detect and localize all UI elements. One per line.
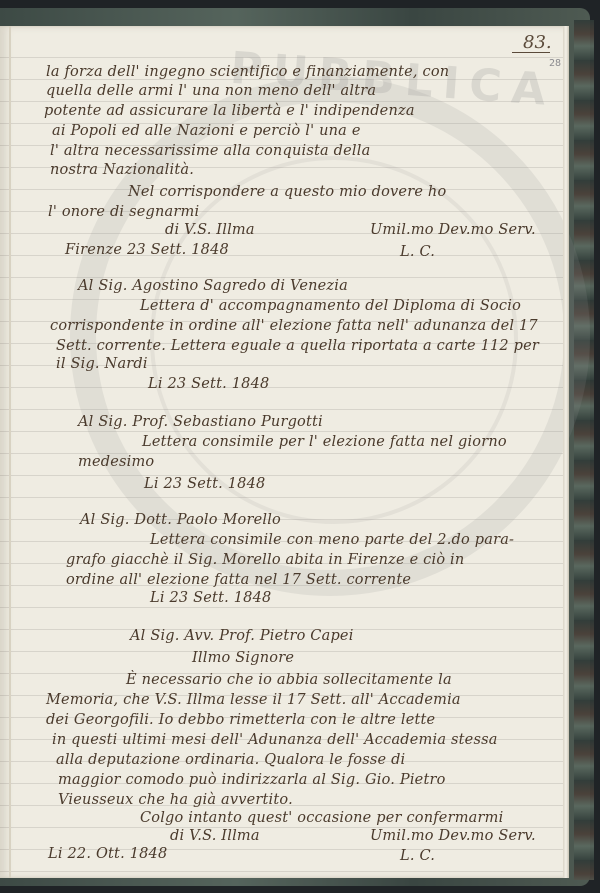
handwritten-line: di V.S. Illma	[165, 222, 255, 238]
handwritten-line: Memoria, che V.S. Illma lesse il 17 Sett…	[46, 692, 461, 708]
handwritten-line: potente ad assicurare la libertà e l' in…	[44, 103, 415, 119]
handwritten-line: Lettera d' accompagnamento del Diploma d…	[140, 298, 521, 314]
handwritten-line: medesimo	[78, 454, 154, 470]
handwritten-line: Nel corrispondere a questo mio dovere ho	[128, 184, 446, 200]
handwritten-line: alla deputazione ordinaria. Qualora le f…	[56, 752, 405, 768]
handwritten-line: Li 23 Sett. 1848	[150, 590, 271, 606]
marbled-cover-edge	[574, 20, 594, 880]
handwritten-line: Li 23 Sett. 1848	[144, 476, 265, 492]
handwritten-line: corrispondente in ordine all' elezione f…	[50, 318, 538, 334]
handwritten-line: Al Sig. Avv. Prof. Pietro Capei	[130, 628, 354, 644]
handwritten-line: la forza dell' ingegno scientifico e fin…	[46, 64, 449, 80]
page-edge	[563, 26, 569, 878]
handwritten-line: maggior comodo può indirizzarla al Sig. …	[58, 772, 446, 788]
handwritten-line: Umil.mo Dev.mo Serv.	[370, 222, 536, 238]
handwritten-line: il Sig. Nardi	[56, 356, 148, 372]
folio-number: 83.	[523, 32, 552, 53]
handwritten-line: ai Popoli ed alle Nazioni e perciò l' un…	[52, 123, 361, 139]
handwritten-line: di V.S. Illma	[170, 828, 260, 844]
handwritten-line: in questi ultimi mesi dell' Adunanza del…	[52, 732, 498, 748]
handwritten-line: Illmo Signore	[192, 650, 294, 666]
handwritten-line: Li 22. Ott. 1848	[48, 846, 167, 862]
folio-underline	[512, 52, 550, 53]
handwritten-line: grafo giacchè il Sig. Morello abita in F…	[66, 552, 464, 568]
handwritten-line: Umil.mo Dev.mo Serv.	[370, 828, 536, 844]
handwritten-line: ordine all' elezione fatta nel 17 Sett. …	[66, 572, 411, 588]
handwritten-line: Lettera consimile con meno parte del 2.d…	[150, 532, 514, 548]
handwritten-line: dei Georgofili. Io debbo rimetterla con …	[46, 712, 435, 728]
handwritten-line: nostra Nazionalità.	[50, 162, 194, 178]
handwritten-line: l' altra necessarissime alla conquista d…	[50, 143, 370, 159]
handwritten-line: Li 23 Sett. 1848	[148, 376, 269, 392]
handwritten-line: Vieusseux che ha già avvertito.	[58, 792, 293, 808]
binding-gutter	[9, 26, 11, 878]
handwritten-line: Colgo intanto quest' occasione per confe…	[140, 810, 503, 826]
handwritten-line: quella delle armi l' una non meno dell' …	[46, 83, 376, 99]
handwritten-line: L. C.	[400, 848, 435, 864]
handwritten-line: L. C.	[400, 244, 435, 260]
handwritten-line: Sett. corrente. Lettera eguale a quella …	[56, 338, 539, 354]
handwritten-line: Lettera consimile per l' elezione fatta …	[142, 434, 507, 450]
handwritten-line: Al Sig. Prof. Sebastiano Purgotti	[78, 414, 323, 430]
handwritten-line: Al Sig. Agostino Sagredo di Venezia	[78, 278, 348, 294]
handwritten-line: È necessario che io abbia sollecitamente…	[126, 672, 452, 688]
handwritten-line: l' onore di segnarmi	[48, 204, 199, 220]
stamped-page-number: 28	[549, 58, 561, 69]
handwritten-line: Al Sig. Dott. Paolo Morello	[80, 512, 281, 528]
handwritten-line: Firenze 23 Sett. 1848	[65, 242, 229, 258]
